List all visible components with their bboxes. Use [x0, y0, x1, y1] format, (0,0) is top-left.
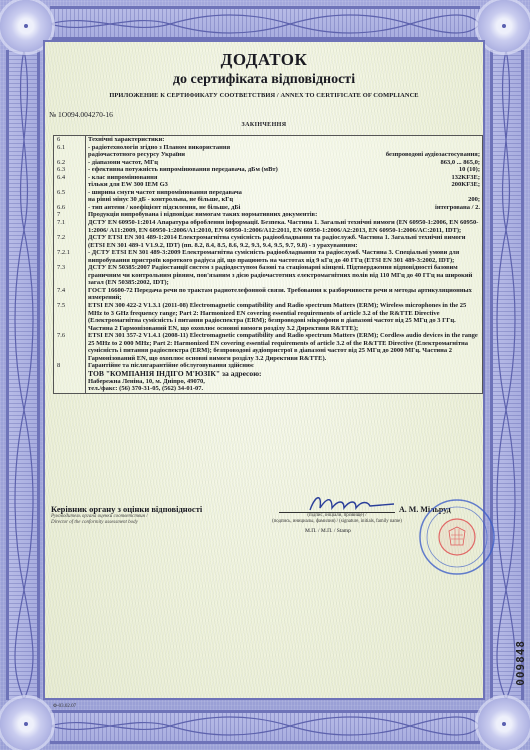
clause-number: 6.5 — [54, 189, 86, 197]
corner-rosette-icon — [478, 0, 530, 52]
table-row: тільки для EW 300 IEM G3200KF3E; — [54, 181, 483, 189]
clause-text: - ефективна потужність випромінювання пе… — [86, 166, 483, 174]
clause-text: на рівні мінус 30 дБ - контрольна, не бі… — [86, 196, 483, 204]
clause-text: - діапазони частот, МГц863,0 ... 865,0; — [86, 159, 483, 167]
clause-number: 6.4 — [54, 174, 86, 182]
table-row: 7.6ETSI EN 301 357-2 V1.4.1 (2008-11) El… — [54, 332, 483, 362]
clause-value: 863,0 ... 865,0; — [440, 159, 480, 167]
clause-value: інтегрована / 2. — [435, 204, 480, 212]
table-row: 6.2- діапазони частот, МГц863,0 ... 865,… — [54, 159, 483, 167]
caption-ru-en: (подпись, инициалы, фамилия) / (signatur… — [237, 519, 437, 525]
table-row: 6Технічні характеристики: — [54, 136, 483, 144]
right-wave-pattern — [494, 50, 518, 700]
clause-number — [54, 378, 86, 386]
continuation-label: ЗАКІНЧЕННЯ — [45, 122, 483, 128]
table-row: 7.2.1- ДСТУ ETSI EN 301 489-3:2009 Елект… — [54, 249, 483, 264]
form-code: Ф-03.02.07 — [53, 704, 76, 709]
clause-value: 200KF3E; — [451, 181, 480, 189]
table-row: 7.1ДСТУ EN 60950-1:2014 Апаратура обробл… — [54, 219, 483, 234]
table-row: тел./факс: (56) 370-31-05, (562) 34-01-0… — [54, 385, 483, 393]
table-row: 6.1- радіотехнологія згідно з Планом вик… — [54, 144, 483, 152]
clause-number: 6.3 — [54, 166, 86, 174]
clause-number: 7.2 — [54, 234, 86, 249]
left-wave-pattern — [12, 50, 36, 700]
table-row: на рівні мінус 30 дБ - контрольна, не бі… — [54, 196, 483, 204]
clause-value: 10 (10); — [459, 166, 480, 174]
certificate-number: № 1О094.004270-16 — [49, 110, 113, 119]
table-row: радіочастотного ресурсу Українибезпровод… — [54, 151, 483, 159]
clause-number: 6.1 — [54, 144, 86, 152]
clause-number: 7.3 — [54, 264, 86, 287]
table-row: Набережна Леніна, 10, м. Дніпро, 49070, — [54, 378, 483, 386]
handwritten-signature — [306, 492, 396, 514]
clause-number: 7.4 — [54, 287, 86, 302]
table-row: 7.3ДСТУ EN 50385:2007 Радіостанції систе… — [54, 264, 483, 287]
clause-text: тільки для EW 300 IEM G3200KF3E; — [86, 181, 483, 189]
clause-number — [54, 151, 86, 159]
clause-text: ТОВ "КОМПАНІЯ ІНДІГО М'ЮЗІК" за адресою: — [86, 370, 483, 378]
clause-number: 6 — [54, 136, 86, 144]
clause-text: - ширина смуги частот випромінювання пер… — [86, 189, 483, 197]
table-row: 6.5- ширина смуги частот випромінювання … — [54, 189, 483, 197]
top-wave-pattern — [50, 12, 480, 36]
clause-number: 8 — [54, 362, 86, 370]
clause-value: 200; — [468, 196, 480, 204]
table-row: 6.6- тип антени / коефіцієнт підсилення,… — [54, 204, 483, 212]
signature-caption: (підпис, ініціали, прізвище) / (подпись,… — [237, 513, 437, 525]
clause-text: ETSI EN 300 422-2 V1.3.1 (2011-08) Elect… — [86, 302, 483, 332]
clause-text: Продукція випробувана і відповідає вимог… — [86, 211, 483, 219]
clause-text: - радіотехнологія згідно з Планом викори… — [86, 144, 483, 152]
document-subtitle: до сертифіката відповідності — [45, 72, 483, 88]
document-title: ДОДАТОК — [45, 50, 483, 70]
clause-number: 7.6 — [54, 332, 86, 362]
clause-value: 132KF3E; — [451, 174, 480, 182]
table-row: 7.5ETSI EN 300 422-2 V1.3.1 (2011-08) El… — [54, 302, 483, 332]
clause-value: безпроводові аудіозастосування; — [386, 151, 480, 159]
clause-text: ДСТУ EN 60950-1:2014 Апаратура обробленн… — [86, 219, 483, 234]
clause-number: 6.2 — [54, 159, 86, 167]
clause-number — [54, 196, 86, 204]
certificate-paper: ДОДАТОК до сертифіката відповідності ПРИ… — [43, 40, 485, 700]
clause-number: 7.2.1 — [54, 249, 86, 264]
clause-text: тел./факс: (56) 370-31-05, (562) 34-01-0… — [86, 385, 483, 393]
table-row: ТОВ "КОМПАНІЯ ІНДІГО М'ЮЗІК" за адресою: — [54, 370, 483, 378]
clause-number — [54, 385, 86, 393]
official-stamp-icon — [417, 497, 497, 577]
clause-number: 6.6 — [54, 204, 86, 212]
specifications-table: 6Технічні характеристики:6.1- радіотехно… — [53, 135, 483, 394]
clause-number: 7 — [54, 211, 86, 219]
serial-number: 009848 — [514, 640, 527, 686]
clause-text: - тип антени / коефіцієнт підсилення, не… — [86, 204, 483, 212]
annex-line: ПРИЛОЖЕНИЕ К СЕРТИФИКАТУ СООТВЕТСТВИЯ / … — [45, 92, 483, 99]
stamp-label: М.П. / М.П. / Stamp — [305, 528, 351, 534]
clause-text: радіочастотного ресурсу Українибезпровод… — [86, 151, 483, 159]
clause-text: - клас випромінювання132KF3E; — [86, 174, 483, 182]
clause-text: ДСТУ ETSI EN 301 489-1:2014 Електромагні… — [86, 234, 483, 249]
corner-rosette-icon — [478, 698, 530, 750]
clause-number — [54, 370, 86, 378]
table-row: 7.2ДСТУ ETSI EN 301 489-1:2014 Електрома… — [54, 234, 483, 249]
clause-number — [54, 181, 86, 189]
bottom-wave-pattern — [50, 714, 480, 738]
clause-text: Технічні характеристики: — [86, 136, 483, 144]
clause-text: - ДСТУ ETSI EN 301 489-3:2009 Електромаг… — [86, 249, 483, 264]
clause-number: 7.5 — [54, 302, 86, 332]
clause-text: Набережна Леніна, 10, м. Дніпро, 49070, — [86, 378, 483, 386]
table-row: 7Продукція випробувана і відповідає вимо… — [54, 211, 483, 219]
clause-text: ГОСТ 16600-72 Передача речи по трактам р… — [86, 287, 483, 302]
clause-text: ДСТУ EN 50385:2007 Радіостанції систем з… — [86, 264, 483, 287]
table-row: 6.4- клас випромінювання132KF3E; — [54, 174, 483, 182]
table-row: 7.4ГОСТ 16600-72 Передача речи по тракта… — [54, 287, 483, 302]
corner-rosette-icon — [0, 698, 52, 750]
clause-number: 7.1 — [54, 219, 86, 234]
clause-text: ETSI EN 301 357-2 V1.4.1 (2008-11) Elect… — [86, 332, 483, 362]
table-row: 6.3- ефективна потужність випромінювання… — [54, 166, 483, 174]
